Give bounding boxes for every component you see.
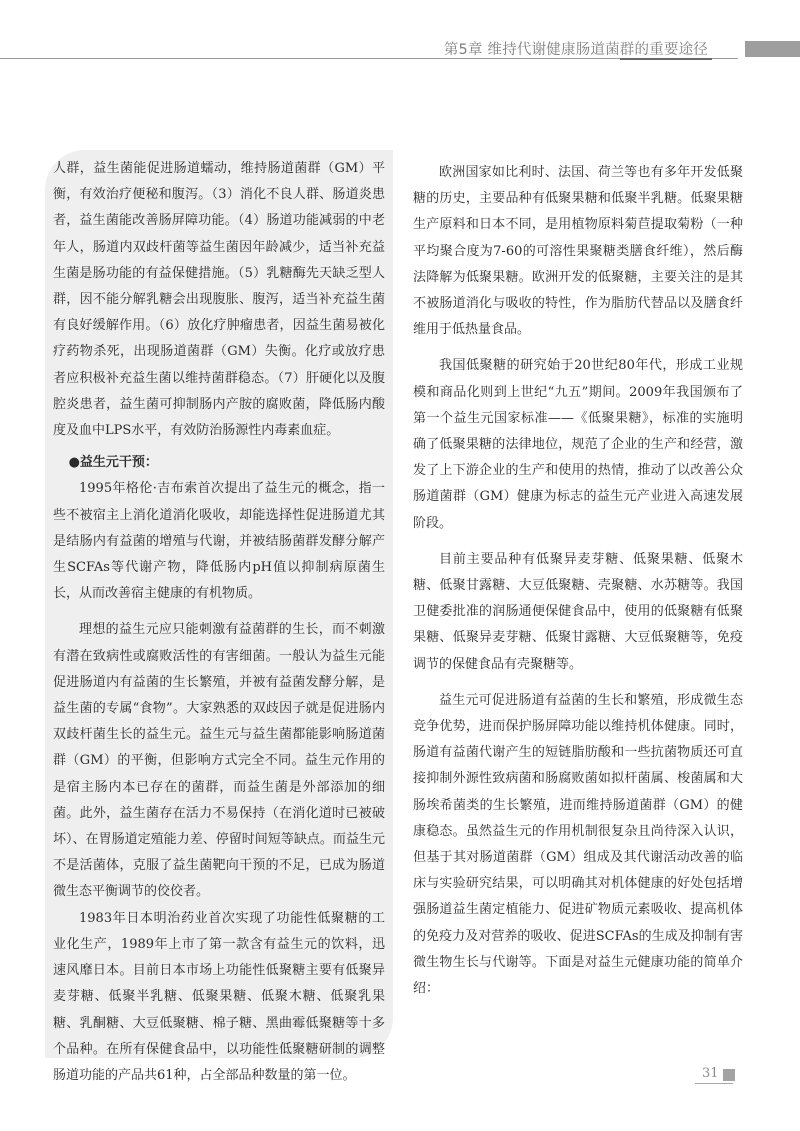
paragraph-ideal-prebiotic: 理想的益生元应只能刺激有益菌群的生长，而不刺激有潜在致病性或腐败活性的有害细菌。… [53,617,385,905]
footer-rule [695,1083,733,1084]
footer-block [723,1069,735,1081]
paragraph-europe: 欧洲国家如比利时、法国、荷兰等也有多年开发低聚糖的历史，主要品种有低聚果糖和低聚… [413,160,743,343]
continued-paragraph: 人群，益生菌能促进肠道蠕动，维持肠道菌群（GM）平衡，有效治疗便秘和腹泻。（3）… [53,156,385,444]
paragraph-china: 我国低聚糖的研究始于20世纪80年代，形成工业规模和商品化则到上世纪“九五”期间… [413,353,743,536]
running-header: 第5章 维持代谢健康肠道菌群的重要途径 [0,0,800,70]
page-footer: 31 [690,1066,750,1086]
page-number: 31 [702,1066,719,1081]
chapter-title: 第5章 维持代谢健康肠道菌群的重要途径 [444,38,708,59]
paragraph-function: 益生元可促进肠道有益菌的生长和繁殖，形成微生态竞争优势，进而保护肠屏障功能以维持… [413,688,743,1002]
paragraph-1995: 1995年格伦·吉布索首次提出了益生元的概念，指一些不被宿主上消化道消化吸收，却… [53,476,385,607]
right-column: 欧洲国家如比利时、法国、荷兰等也有多年开发低聚糖的历史，主要品种有低聚果糖和低聚… [413,160,743,1002]
header-tab-block [745,41,800,57]
left-column: 人群，益生菌能促进肠道蠕动，维持肠道菌群（GM）平衡，有效治疗便秘和腹泻。（3）… [53,156,385,1089]
paragraph-1983: 1983年日本明治药业首次实现了功能性低聚糖的工业化生产，1989年上市了第一款… [53,906,385,1089]
section-subheading: ●益生元干预： [53,450,385,476]
paragraph-varieties: 目前主要品种有低聚异麦芽糖、低聚果糖、低聚木糖、低聚甘露糖、大豆低聚糖、壳聚糖、… [413,547,743,678]
